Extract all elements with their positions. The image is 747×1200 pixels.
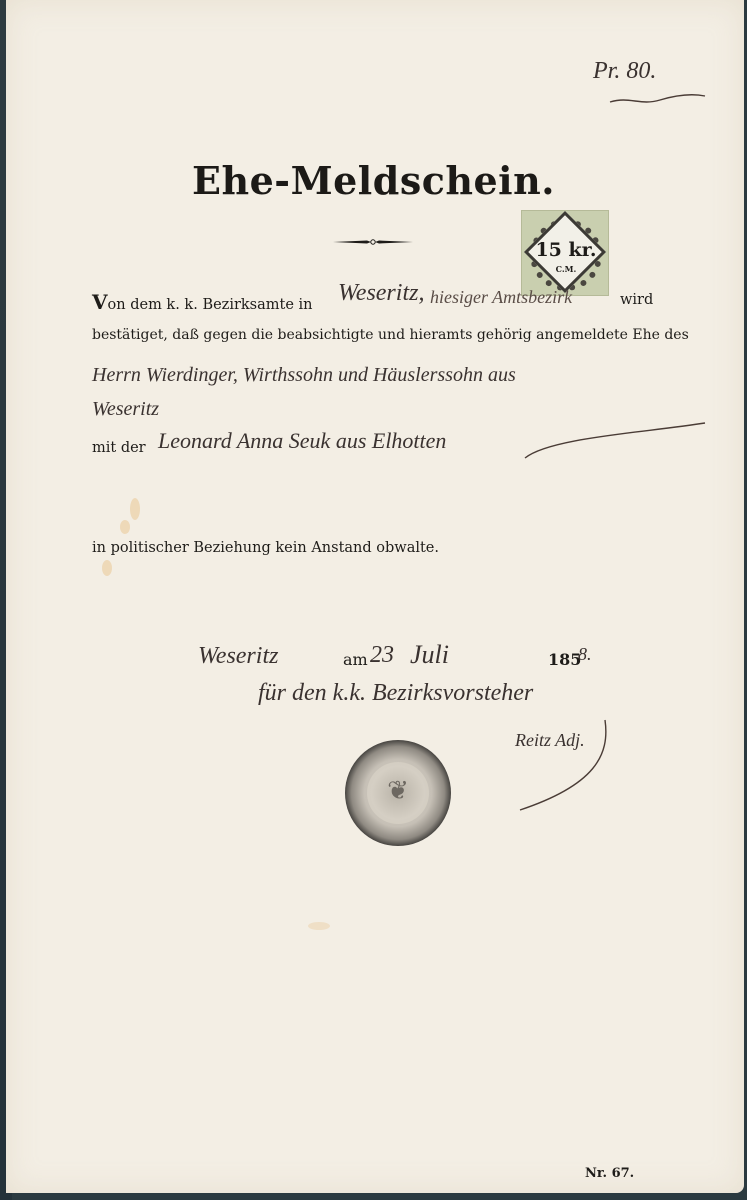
handwriting-flourish: [520, 418, 710, 478]
page-title: Ehe-Meldschein.: [0, 158, 747, 203]
paper-stain: [308, 922, 330, 930]
stamp-currency: C.M.: [522, 264, 610, 274]
handwritten-groom-origin: Weseritz: [92, 398, 159, 421]
paper-stain: [130, 498, 140, 520]
printed-text: mit der: [92, 440, 146, 456]
archive-mark: Pr. 80.: [593, 58, 656, 85]
handwritten-month: Juli: [410, 640, 449, 670]
revenue-stamp: 15 kr. C.M.: [521, 210, 609, 296]
body-line-1: Von dem k. k. Bezirksamte in: [92, 290, 313, 314]
handwritten-district: hiesiger Amtsbezirk: [430, 287, 572, 308]
handwritten-bride: Leonard Anna Seuk aus Elhotten: [158, 428, 446, 454]
drop-initial: V: [92, 290, 108, 314]
form-number: Nr. 67.: [585, 1166, 634, 1181]
paper-stain: [102, 560, 112, 576]
double-headed-eagle-icon: ❦: [345, 776, 451, 806]
body-line-2: bestätiget, daß gegen die beabsichtigte …: [92, 327, 689, 343]
official-seal: ❦: [345, 740, 451, 846]
printed-year: 185: [548, 650, 581, 669]
printed-text: wird: [620, 292, 653, 308]
handwritten-place: Weseritz,: [338, 280, 424, 307]
stamp-value: 15 kr.: [522, 239, 610, 261]
handwritten-day: 23: [370, 642, 394, 669]
handwritten-groom: Herrn Wierdinger, Wirthssohn und Häusler…: [92, 364, 516, 387]
ornament-divider-icon: [333, 238, 413, 246]
printed-text: on dem k. k. Bezirksamte in: [108, 297, 313, 313]
date-am-label: am: [343, 650, 368, 669]
signature-flourish: [500, 715, 620, 815]
archive-mark-underline: [600, 90, 710, 110]
handwritten-signature-title: für den k.k. Bezirksvorsteher: [258, 680, 533, 707]
paper-stain: [120, 520, 130, 534]
body-line-6: in politischer Beziehung kein Anstand ob…: [92, 540, 439, 556]
handwritten-year-digit: 8.: [578, 644, 592, 665]
handwritten-date-place: Weseritz: [198, 643, 278, 670]
